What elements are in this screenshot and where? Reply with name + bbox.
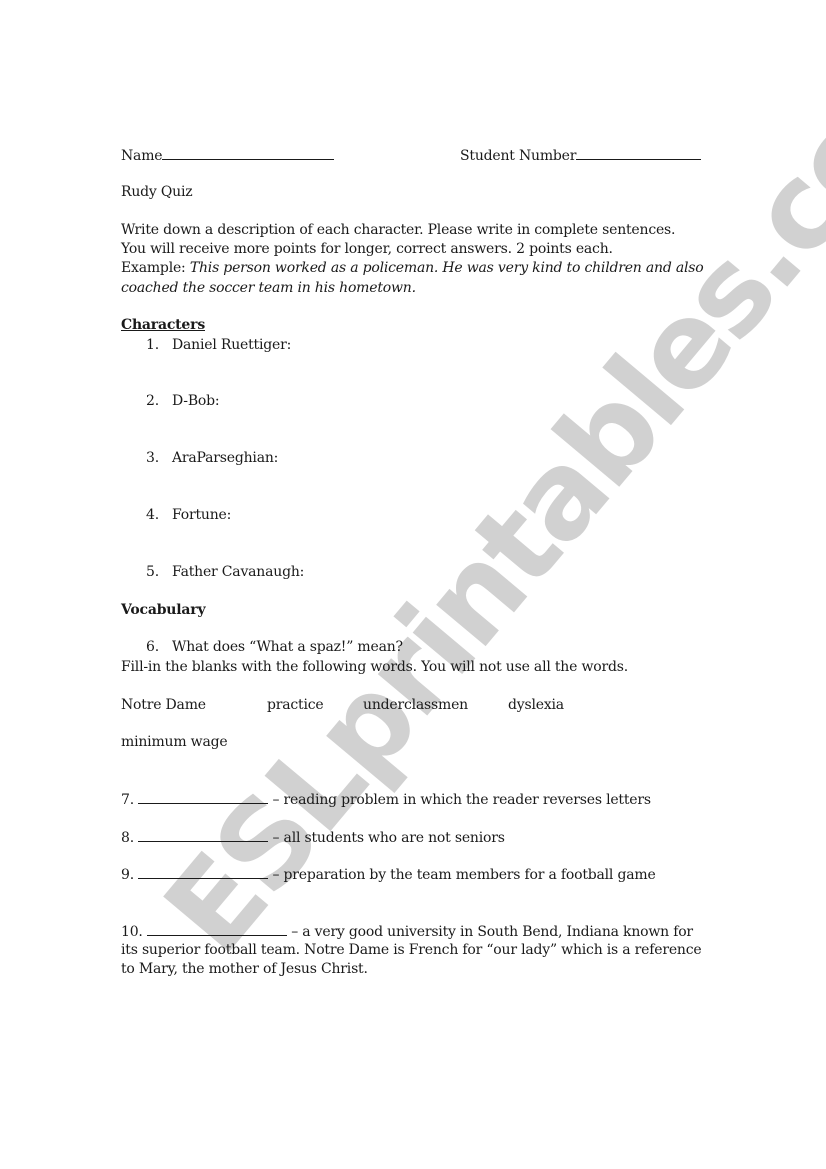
question-10-line-2: its superior football team. Notre Dame i… [121, 941, 701, 960]
name-label: Name [121, 148, 162, 164]
answer-blank[interactable] [147, 922, 287, 936]
example-label: Example: [121, 260, 190, 276]
character-item: 2.D-Bob: [146, 392, 219, 411]
question-6: 6.What does “What a spaz!” mean? [146, 638, 403, 657]
vocabulary-heading: Vocabulary [121, 601, 205, 620]
word-bank-item: underclassmen [363, 696, 468, 715]
character-item: 4.Fortune: [146, 506, 231, 525]
question-10-line-3: to Mary, the mother of Jesus Christ. [121, 960, 368, 979]
word-bank-item: minimum wage [121, 733, 227, 752]
blank-question-9: 9. – preparation by the team members for… [121, 865, 656, 885]
example-line-2: coached the soccer team in his hometown. [121, 279, 416, 298]
answer-blank[interactable] [138, 790, 268, 804]
word-bank-item: Notre Dame [121, 696, 206, 715]
quiz-title: Rudy Quiz [121, 183, 192, 202]
blank-question-7: 7. – reading problem in which the reader… [121, 790, 651, 810]
fill-in-instructions: Fill-in the blanks with the following wo… [121, 658, 628, 677]
character-item: 3.AraParseghian: [146, 449, 278, 468]
answer-blank[interactable] [138, 828, 268, 842]
student-number-row: Student Number [460, 146, 701, 166]
instructions-line-2: You will receive more points for longer,… [121, 240, 613, 259]
word-bank-item: practice [267, 696, 323, 715]
word-bank-item: dyslexia [508, 696, 564, 715]
character-item: 5.Father Cavanaugh: [146, 563, 304, 582]
worksheet-page: ESLprintables.com Name Student Number Ru… [0, 0, 826, 1169]
student-number-label: Student Number [460, 148, 576, 164]
example-line-1: Example: This person worked as a policem… [121, 259, 704, 278]
worksheet-content: Name Student Number Rudy Quiz Write down… [0, 0, 826, 1169]
blank-question-8: 8. – all students who are not seniors [121, 828, 505, 848]
name-field-row: Name [121, 146, 334, 166]
instructions-line-1: Write down a description of each charact… [121, 221, 675, 240]
character-item: 1.Daniel Ruettiger: [146, 336, 291, 355]
blank-question-10: 10. – a very good university in South Be… [121, 922, 693, 942]
student-number-blank[interactable] [576, 146, 701, 160]
example-text: This person worked as a policeman. He wa… [190, 260, 704, 276]
name-blank[interactable] [162, 146, 334, 160]
answer-blank[interactable] [138, 865, 268, 879]
characters-heading: Characters [121, 316, 205, 335]
